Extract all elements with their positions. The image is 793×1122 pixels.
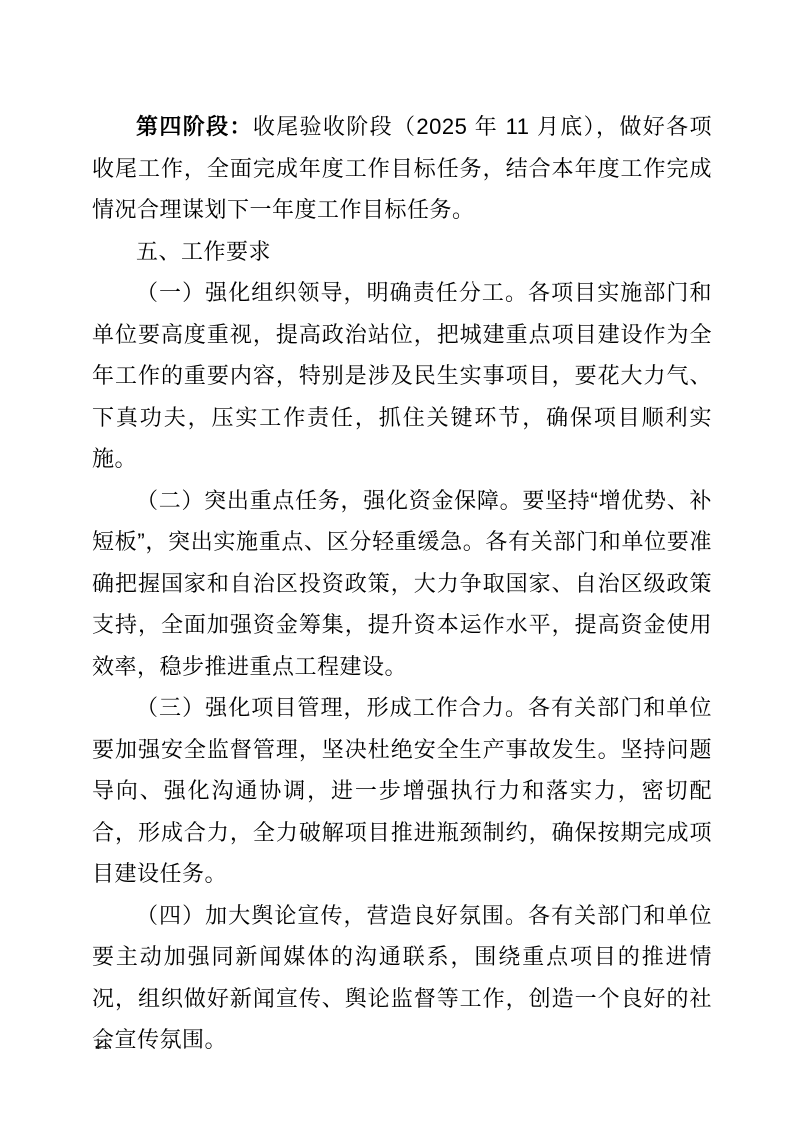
paragraph-text: （三）强化项目管理，形成工作合力。各有关部门和单位要加强安全监督管理，坚决杜绝安… <box>92 695 712 886</box>
paragraph: （一）强化组织领导，明确责任分工。各项目实施部门和单位要高度重视，提高政治站位，… <box>92 272 712 480</box>
paragraph-text: 五、工作要求 <box>136 239 271 264</box>
paragraph: 第四阶段：收尾验收阶段（2025 年 11 月底），做好各项收尾工作，全面完成年… <box>92 106 712 231</box>
paragraph: （四）加大舆论宣传，营造良好氛围。各有关部门和单位要主动加强同新闻媒体的沟通联系… <box>92 895 712 1061</box>
paragraph: （三）强化项目管理，形成工作合力。各有关部门和单位要加强安全监督管理，坚决杜绝安… <box>92 687 712 895</box>
paragraph-text: （四）加大舆论宣传，营造良好氛围。各有关部门和单位要主动加强同新闻媒体的沟通联系… <box>92 903 712 1053</box>
document-body: 第四阶段：收尾验收阶段（2025 年 11 月底），做好各项收尾工作，全面完成年… <box>92 106 712 1061</box>
paragraph-text: （一）强化组织领导，明确责任分工。各项目实施部门和单位要高度重视，提高政治站位，… <box>92 280 712 471</box>
paragraph-text: （二）突出重点任务，强化资金保障。要坚持“增优势、补短板”，突出实施重点、区分轻… <box>92 488 712 679</box>
page-number: 11 <box>94 1036 109 1054</box>
paragraph-lead-bold: 第四阶段： <box>136 114 253 139</box>
paragraph: 五、工作要求 <box>92 231 712 273</box>
paragraph: （二）突出重点任务，强化资金保障。要坚持“增优势、补短板”，突出实施重点、区分轻… <box>92 480 712 688</box>
document-page: 第四阶段：收尾验收阶段（2025 年 11 月底），做好各项收尾工作，全面完成年… <box>0 0 793 1122</box>
